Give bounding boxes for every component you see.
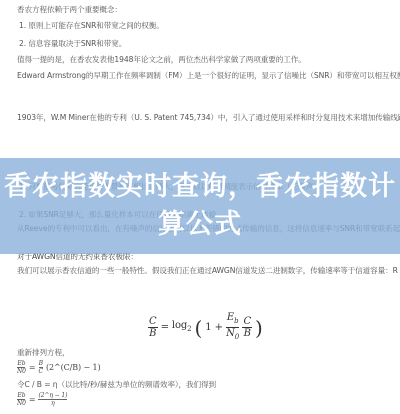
awgn-paragraph: 我们可以展示香农信道的一些一般特性。假设我们正在通过AWGN信道发送二进制数字，… xyxy=(17,264,362,278)
eta-formula: Eb N0 = (2^η − 1) η xyxy=(17,392,67,407)
fraction-eb-over-n0: Eb N0 xyxy=(226,312,240,343)
armstrong-paragraph: Edward Armstrong的早期工作在频率调制（FM）上是一个很好的证明，… xyxy=(17,69,362,83)
shannon-formula: C B = log2 ( 1 + Eb N0 C B ) xyxy=(148,312,263,343)
rearranged-formula: Eb N0 = B C (2^(C/B) − 1) xyxy=(17,360,101,375)
fraction-c-over-b: C B xyxy=(148,316,158,339)
concept-item-2: 2. 信息容量取决于SNR和带宽。 xyxy=(19,37,126,51)
intro-text: 香农方程依赖于两个重要概念： xyxy=(17,3,122,17)
banner-title: 香农指数实时查询，香农指数计算公式 xyxy=(0,168,400,244)
rearrange-text: 重新排列方程， xyxy=(17,346,69,360)
fraction-c-over-b-2: C B xyxy=(242,316,252,339)
let-eta-text: 令C / B = η（以比特/秒/赫兹为单位的频谱效率），我们得到 xyxy=(17,378,216,392)
concept-item-1: 1. 原则上可能存在SNR和带宽之间的权衡。 xyxy=(19,19,164,33)
log-symbol: log2 xyxy=(172,319,192,337)
minor-reeves-paragraph: 1903年，W.M Miner在他的专利（U. S. Patent 745,73… xyxy=(17,111,367,125)
note-paragraph: 值得一提的是，在香农发表他1948年论文之前，两位杰出科学家做了两项重要的工作。 xyxy=(17,53,306,67)
